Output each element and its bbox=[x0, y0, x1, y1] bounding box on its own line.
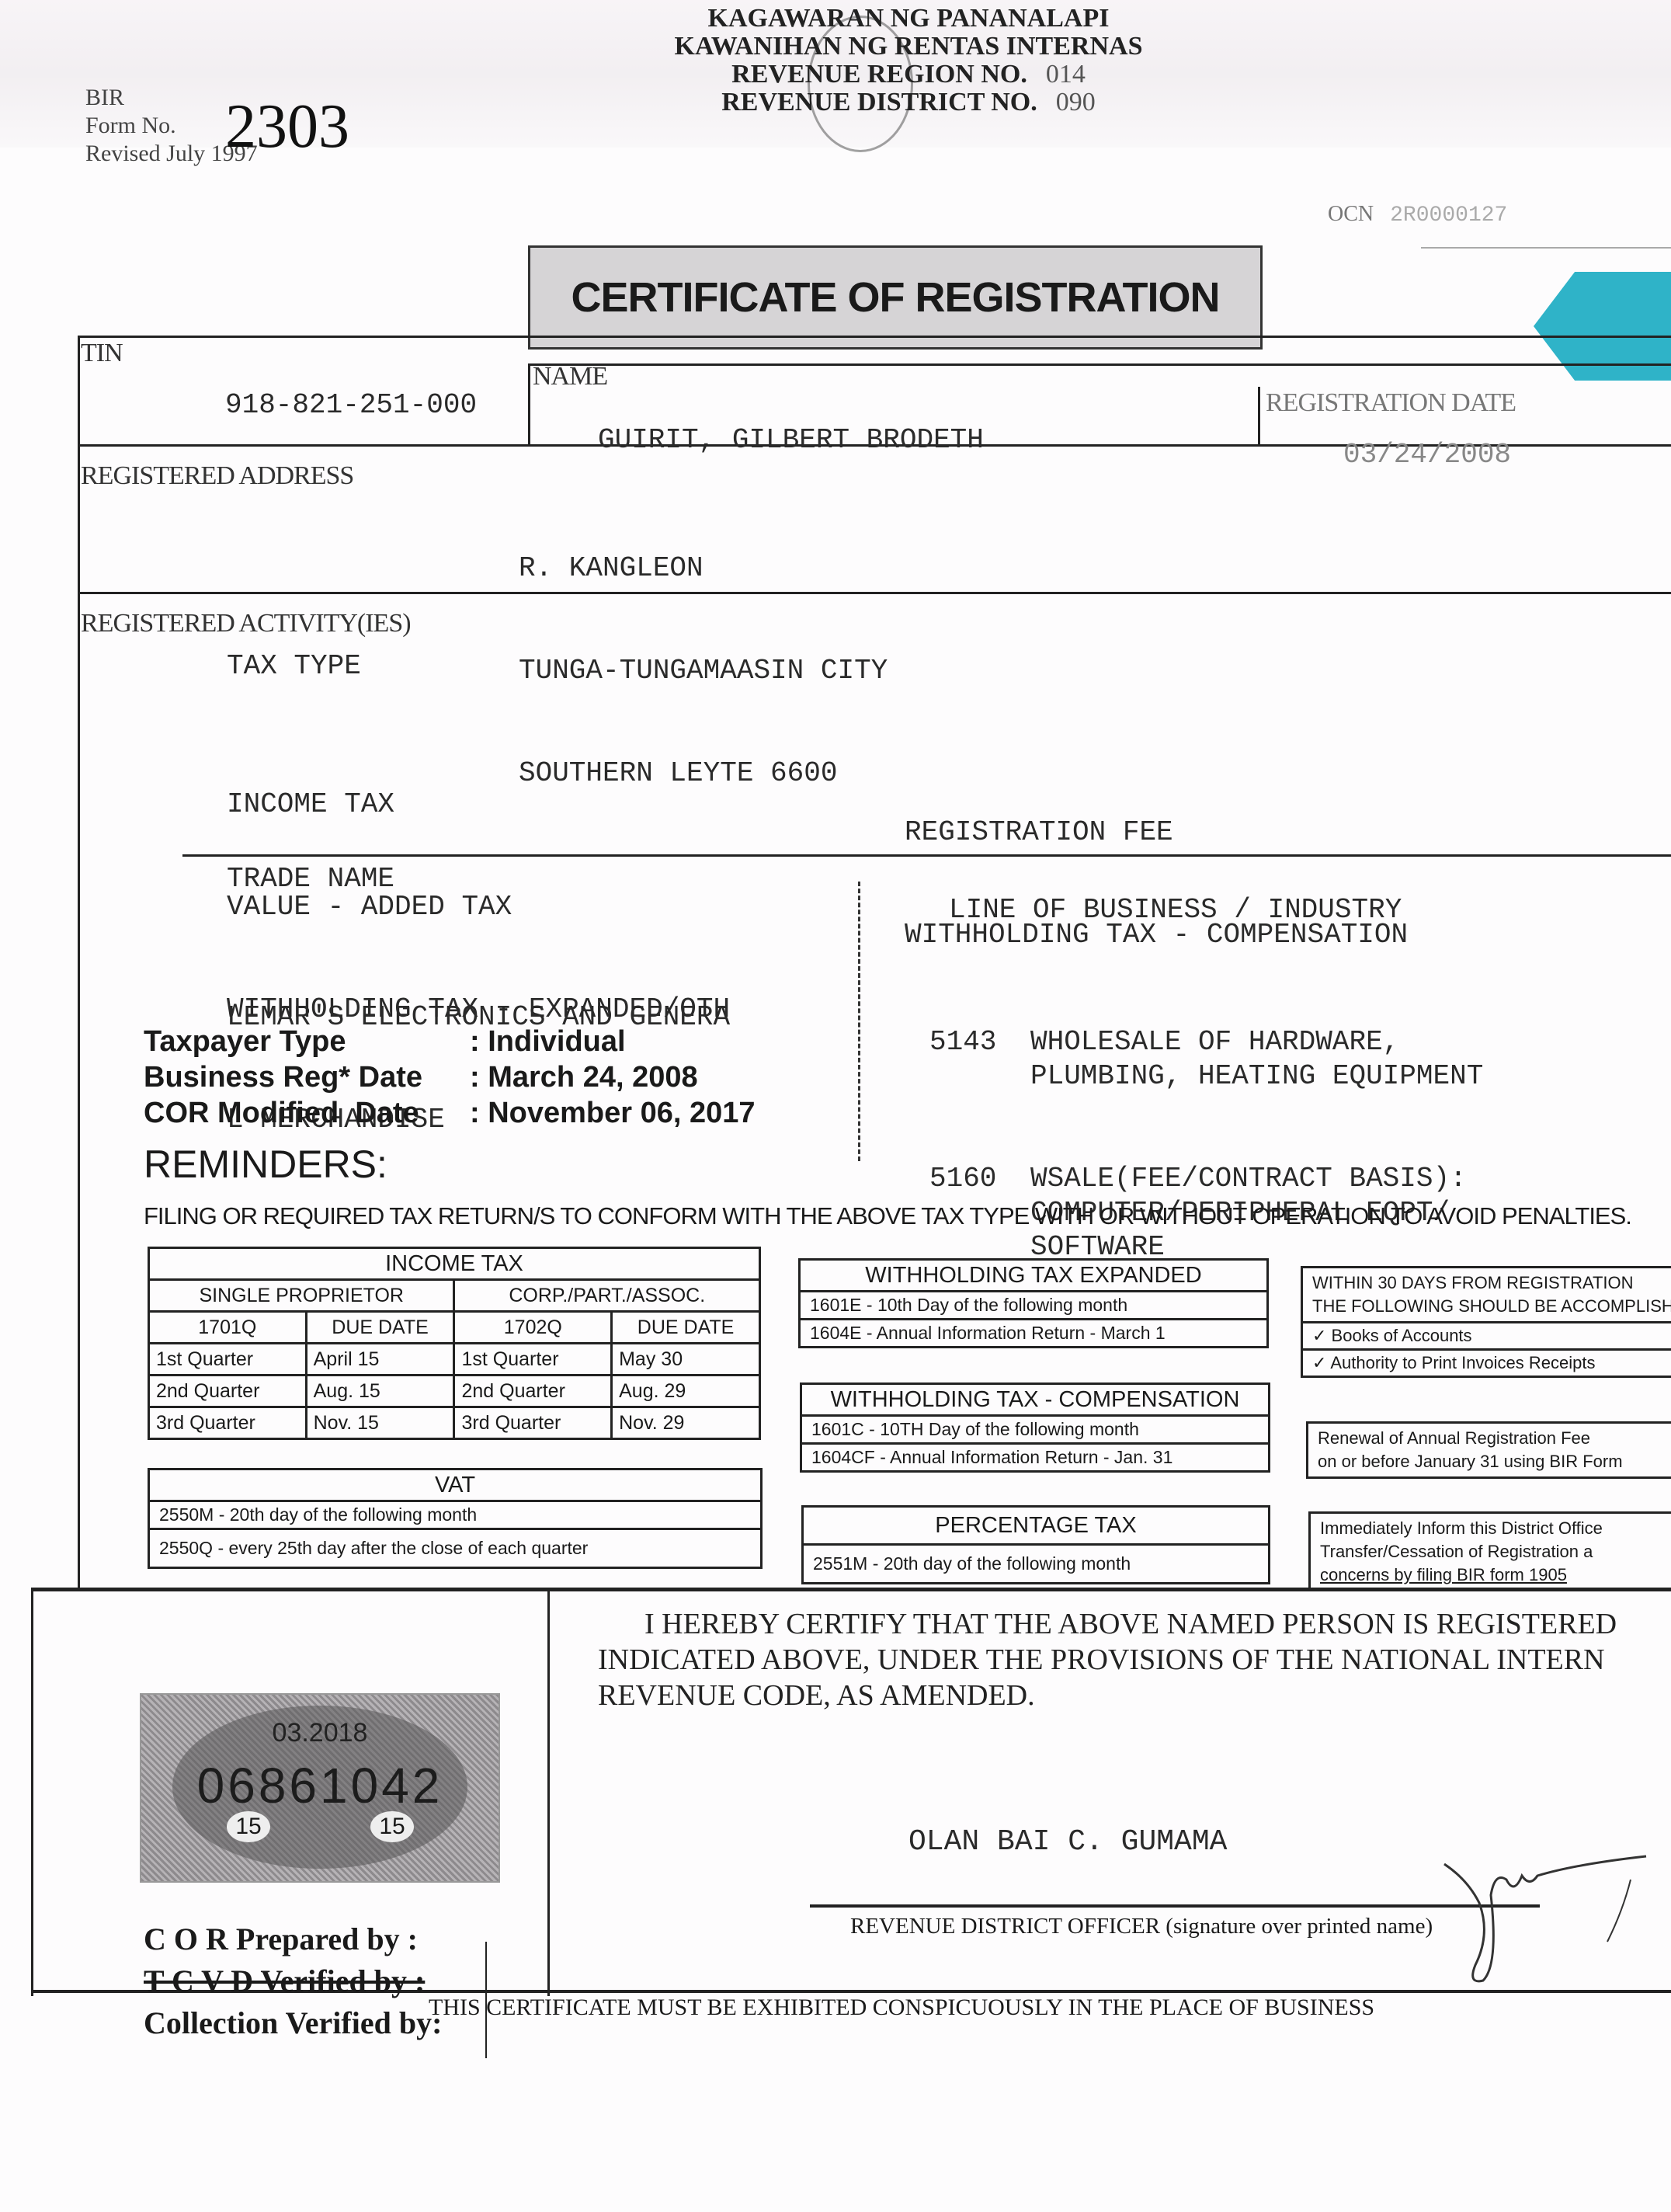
column-header: 1701Q bbox=[149, 1312, 307, 1344]
certification-text: I HEREBY CERTIFY THAT THE ABOVE NAMED PE… bbox=[598, 1606, 1671, 1713]
divider bbox=[182, 854, 1671, 857]
table-row: 3rd Quarter Nov. 15 3rd Quarter Nov. 29 bbox=[149, 1407, 760, 1439]
registration-date: 03/24/2008 bbox=[1343, 438, 1511, 472]
stamp-denomination: 15 bbox=[227, 1811, 270, 1842]
check-icon: ✓ bbox=[1312, 1326, 1332, 1345]
business-reg-date: : March 24, 2008 bbox=[470, 1059, 756, 1095]
column-header: DUE DATE bbox=[306, 1312, 454, 1344]
wt-compensation-box: WITHHOLDING TAX - COMPENSATION 1601C - 1… bbox=[800, 1382, 1270, 1473]
name-label: NAME bbox=[533, 362, 607, 391]
cor-modified-date-label: COR Modified Date bbox=[144, 1095, 422, 1131]
percentage-tax-box: PERCENTAGE TAX 2551M - 20th day of the f… bbox=[801, 1505, 1270, 1584]
check-icon: ✓ bbox=[1312, 1353, 1330, 1372]
taxpayer-type: : Individual bbox=[470, 1024, 756, 1059]
registered-activities-label: REGISTERED ACTIVITY(IES) bbox=[81, 609, 411, 638]
address-line-1: R. KANGLEON bbox=[519, 551, 888, 586]
checklist-item: ✓ Authority to Print Invoices Receipts bbox=[1303, 1348, 1671, 1376]
prepared-block: C O R Prepared by : T C V D Verified by … bbox=[144, 1918, 442, 2044]
business-reg-date-label: Business Reg* Date bbox=[144, 1059, 422, 1095]
documentary-stamp: 03.2018 06861042 15 15 bbox=[140, 1693, 500, 1883]
divider bbox=[528, 363, 1671, 366]
title-line: WITHIN 30 DAYS FROM REGISTRATION bbox=[1312, 1271, 1671, 1295]
trade-name-label: TRADE NAME bbox=[227, 862, 394, 896]
table-row: 1st Quarter April 15 1st Quarter May 30 bbox=[149, 1344, 760, 1376]
table-cell: Nov. 15 bbox=[306, 1407, 454, 1439]
signature-icon bbox=[1421, 1833, 1654, 1988]
filing-note: FILING OR REQUIRED TAX RETURN/S TO CONFO… bbox=[144, 1202, 1631, 1230]
renewal-text: Renewal of Annual Registration Fee on or… bbox=[1308, 1424, 1671, 1476]
divider bbox=[547, 1591, 550, 1996]
divider bbox=[78, 336, 1671, 338]
lob-line: PLUMBING, HEATING EQUIPMENT bbox=[1030, 1059, 1483, 1094]
tin-value: 918-821-251-000 bbox=[225, 388, 477, 423]
certificate-title-box: CERTIFICATE OF REGISTRATION bbox=[528, 245, 1263, 350]
within-30-days-box: WITHIN 30 DAYS FROM REGISTRATION THE FOL… bbox=[1301, 1266, 1671, 1378]
wt-compensation-row: 1604CF - Annual Information Return - Jan… bbox=[802, 1442, 1268, 1470]
cor-prepared-by: C O R Prepared by : bbox=[144, 1918, 442, 1960]
frame-left-border bbox=[78, 336, 80, 1588]
detail-values: : Individual : March 24, 2008 : November… bbox=[470, 1024, 756, 1131]
wt-expanded-title: WITHHOLDING TAX EXPANDED bbox=[801, 1261, 1266, 1290]
percentage-tax-row: 2551M - 20th day of the following month bbox=[804, 1543, 1268, 1582]
checklist-label: Authority to Print Invoices Receipts bbox=[1330, 1353, 1595, 1372]
ocn-value: 2R0000127 bbox=[1390, 203, 1507, 228]
checklist-label: Books of Accounts bbox=[1332, 1326, 1472, 1345]
divider bbox=[528, 363, 530, 446]
vat-box: VAT 2550M - 20th day of the following mo… bbox=[148, 1468, 763, 1569]
table-row: 2nd Quarter Aug. 15 2nd Quarter Aug. 29 bbox=[149, 1376, 760, 1407]
table-cell: Aug. 29 bbox=[612, 1376, 760, 1407]
tax-type-item: REGISTRATION FEE bbox=[905, 816, 1408, 850]
title-line: THE FOLLOWING SHOULD BE ACCOMPLISHED bbox=[1312, 1295, 1671, 1318]
wt-expanded-row: 1604E - Annual Information Return - Marc… bbox=[801, 1318, 1266, 1346]
stamp-date: 03.2018 bbox=[141, 1718, 499, 1748]
ocn-label: OCN bbox=[1328, 202, 1374, 226]
stamp-number: 06861042 bbox=[141, 1757, 499, 1814]
tax-type-label: TAX TYPE bbox=[227, 649, 361, 683]
district-label: REVENUE DISTRICT NO. bbox=[721, 89, 1037, 117]
wt-compensation-row: 1601C - 10TH Day of the following month bbox=[802, 1414, 1268, 1442]
vat-row: 2550Q - every 25th day after the close o… bbox=[150, 1528, 760, 1567]
divider bbox=[31, 1591, 33, 1996]
lob-code: 5143 bbox=[929, 1025, 1030, 1094]
wt-expanded-row: 1601E - 10th Day of the following month bbox=[801, 1290, 1266, 1318]
certification-line: I HEREBY CERTIFY THAT THE ABOVE NAMED PE… bbox=[598, 1606, 1671, 1642]
lob-line: WSALE(FEE/CONTRACT BASIS): bbox=[1030, 1162, 1467, 1196]
checklist-item: ✓ Books of Accounts bbox=[1303, 1321, 1671, 1348]
renewal-box: Renewal of Annual Registration Fee on or… bbox=[1306, 1421, 1671, 1479]
lob-line: WHOLESALE OF HARDWARE, bbox=[1030, 1025, 1483, 1059]
region-label: REVENUE REGION NO. bbox=[731, 61, 1027, 89]
table-cell: May 30 bbox=[612, 1344, 760, 1376]
region-number: 014 bbox=[1046, 61, 1086, 89]
exhibit-notice: THIS CERTIFICATE MUST BE EXHIBITED CONSP… bbox=[429, 1995, 1374, 2021]
line-of-business-list: 5143 WHOLESALE OF HARDWARE,PLUMBING, HEA… bbox=[929, 957, 1483, 1299]
table-cell: 1st Quarter bbox=[454, 1344, 612, 1376]
certification-line: INDICATED ABOVE, UNDER THE PROVISIONS OF… bbox=[598, 1642, 1671, 1678]
certificate-title: CERTIFICATE OF REGISTRATION bbox=[571, 273, 1220, 322]
agency-line-1: KAGAWARAN NG PANANALAPI bbox=[644, 5, 1172, 33]
income-tax-title: INCOME TAX bbox=[149, 1248, 760, 1280]
district-number: 090 bbox=[1056, 89, 1096, 117]
vat-row: 2550M - 20th day of the following month bbox=[150, 1500, 760, 1528]
divider bbox=[858, 882, 860, 1161]
officer-title: REVENUE DISTRICT OFFICER (signature over… bbox=[850, 1914, 1433, 1939]
table-cell: April 15 bbox=[306, 1344, 454, 1376]
column-header: 1702Q bbox=[454, 1312, 612, 1344]
table-cell: 1st Quarter bbox=[149, 1344, 307, 1376]
table-cell: 2nd Quarter bbox=[149, 1376, 307, 1407]
region-row: REVENUE REGION NO. 014 bbox=[644, 61, 1172, 89]
table-cell: Aug. 15 bbox=[306, 1376, 454, 1407]
detail-labels: Taxpayer Type Business Reg* Date COR Mod… bbox=[144, 1024, 422, 1131]
taxpayer-type-label: Taxpayer Type bbox=[144, 1024, 422, 1059]
certification-line: REVENUE CODE, AS AMENDED. bbox=[598, 1678, 1671, 1713]
collection-verified-by: Collection Verified by: bbox=[144, 2002, 442, 2044]
registered-address-label: REGISTERED ADDRESS bbox=[81, 461, 353, 491]
vat-title: VAT bbox=[150, 1470, 760, 1500]
column-header: DUE DATE bbox=[612, 1312, 760, 1344]
officer-name: OLAN BAI C. GUMAMA bbox=[908, 1825, 1227, 1859]
tcvd-verified-by: T C V D Verified by : bbox=[144, 1960, 442, 2002]
divider bbox=[31, 1588, 1671, 1591]
table-cell: Nov. 29 bbox=[612, 1407, 760, 1439]
ocn: OCN 2R0000127 bbox=[1328, 202, 1507, 228]
taxpayer-name: GUIRIT, GILBERT BRODETH bbox=[598, 423, 984, 457]
renewal-line: on or before January 31 using BIR Form bbox=[1318, 1450, 1671, 1473]
tin-label: TIN bbox=[81, 339, 123, 368]
registration-date-label: REGISTRATION DATE bbox=[1266, 388, 1516, 418]
inform-line: concerns by filing BIR form 1905 bbox=[1320, 1563, 1671, 1587]
table-cell: 2nd Quarter bbox=[454, 1376, 612, 1407]
within-30-days-title: WITHIN 30 DAYS FROM REGISTRATION THE FOL… bbox=[1303, 1268, 1671, 1321]
inform-text: Immediately Inform this District Office … bbox=[1311, 1514, 1671, 1590]
renewal-line: Renewal of Annual Registration Fee bbox=[1318, 1427, 1671, 1450]
agency-header: KAGAWARAN NG PANANALAPI KAWANIHAN NG REN… bbox=[644, 5, 1172, 117]
district-row: REVENUE DISTRICT NO. 090 bbox=[644, 89, 1172, 117]
reminders-heading: REMINDERS: bbox=[144, 1142, 387, 1187]
inform-line: Transfer/Cessation of Registration a bbox=[1320, 1540, 1671, 1563]
form-number: 2303 bbox=[225, 92, 349, 162]
inform-box: Immediately Inform this District Office … bbox=[1308, 1511, 1671, 1590]
address-line-2: TUNGA-TUNGAMAASIN CITY bbox=[519, 654, 888, 688]
table-cell: 3rd Quarter bbox=[149, 1407, 307, 1439]
tax-types-right: REGISTRATION FEE WITHHOLDING TAX - COMPE… bbox=[905, 747, 1408, 986]
agency-line-2: KAWANIHAN NG RENTAS INTERNAS bbox=[644, 33, 1172, 61]
divider bbox=[1258, 387, 1260, 446]
line-of-business-label: LINE OF BUSINESS / INDUSTRY bbox=[949, 893, 1402, 927]
tax-type-item: INCOME TAX bbox=[227, 788, 730, 822]
group-single-proprietor: SINGLE PROPRIETOR bbox=[149, 1280, 454, 1312]
percentage-tax-title: PERCENTAGE TAX bbox=[804, 1508, 1268, 1543]
table-cell: 3rd Quarter bbox=[454, 1407, 612, 1439]
group-corp: CORP./PART./ASSOC. bbox=[454, 1280, 760, 1312]
ocn-underline bbox=[1421, 247, 1671, 249]
wt-expanded-box: WITHHOLDING TAX EXPANDED 1601E - 10th Da… bbox=[798, 1258, 1269, 1348]
table-header-row: 1701Q DUE DATE 1702Q DUE DATE bbox=[149, 1312, 760, 1344]
stamp-denomination: 15 bbox=[370, 1811, 414, 1842]
income-tax-table: INCOME TAX SINGLE PROPRIETOR CORP./PART.… bbox=[148, 1247, 761, 1440]
wt-compensation-title: WITHHOLDING TAX - COMPENSATION bbox=[802, 1385, 1268, 1414]
cor-modified-date: : November 06, 2017 bbox=[470, 1095, 756, 1131]
lob-item: 5143 WHOLESALE OF HARDWARE,PLUMBING, HEA… bbox=[929, 1025, 1483, 1094]
inform-line: Immediately Inform this District Office bbox=[1320, 1517, 1671, 1540]
